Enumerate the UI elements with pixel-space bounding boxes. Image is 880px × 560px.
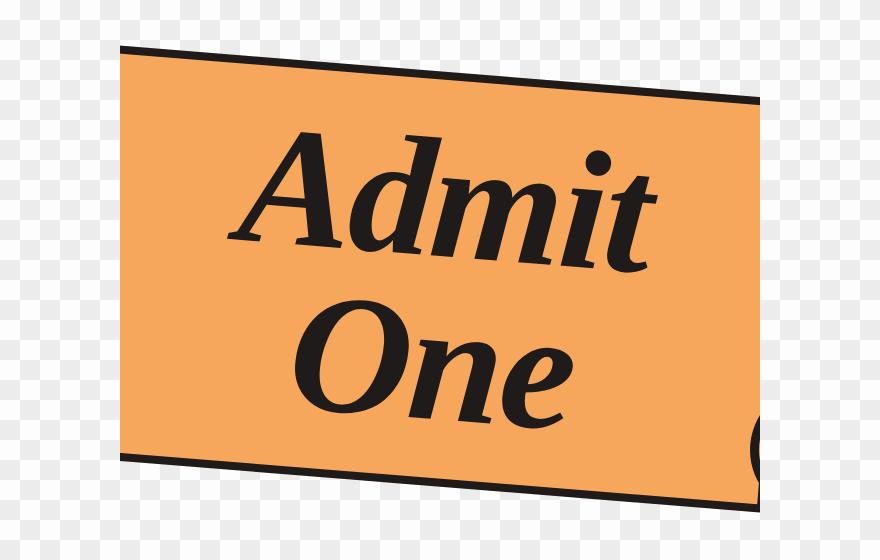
ticket-text-line2: One	[221, 264, 643, 459]
transparency-checkerboard: Admit One	[0, 0, 880, 560]
ticket-text: Admit One	[221, 102, 656, 460]
ticket-image: Admit One	[120, 0, 760, 560]
admit-one-ticket: Admit One	[120, 44, 760, 513]
